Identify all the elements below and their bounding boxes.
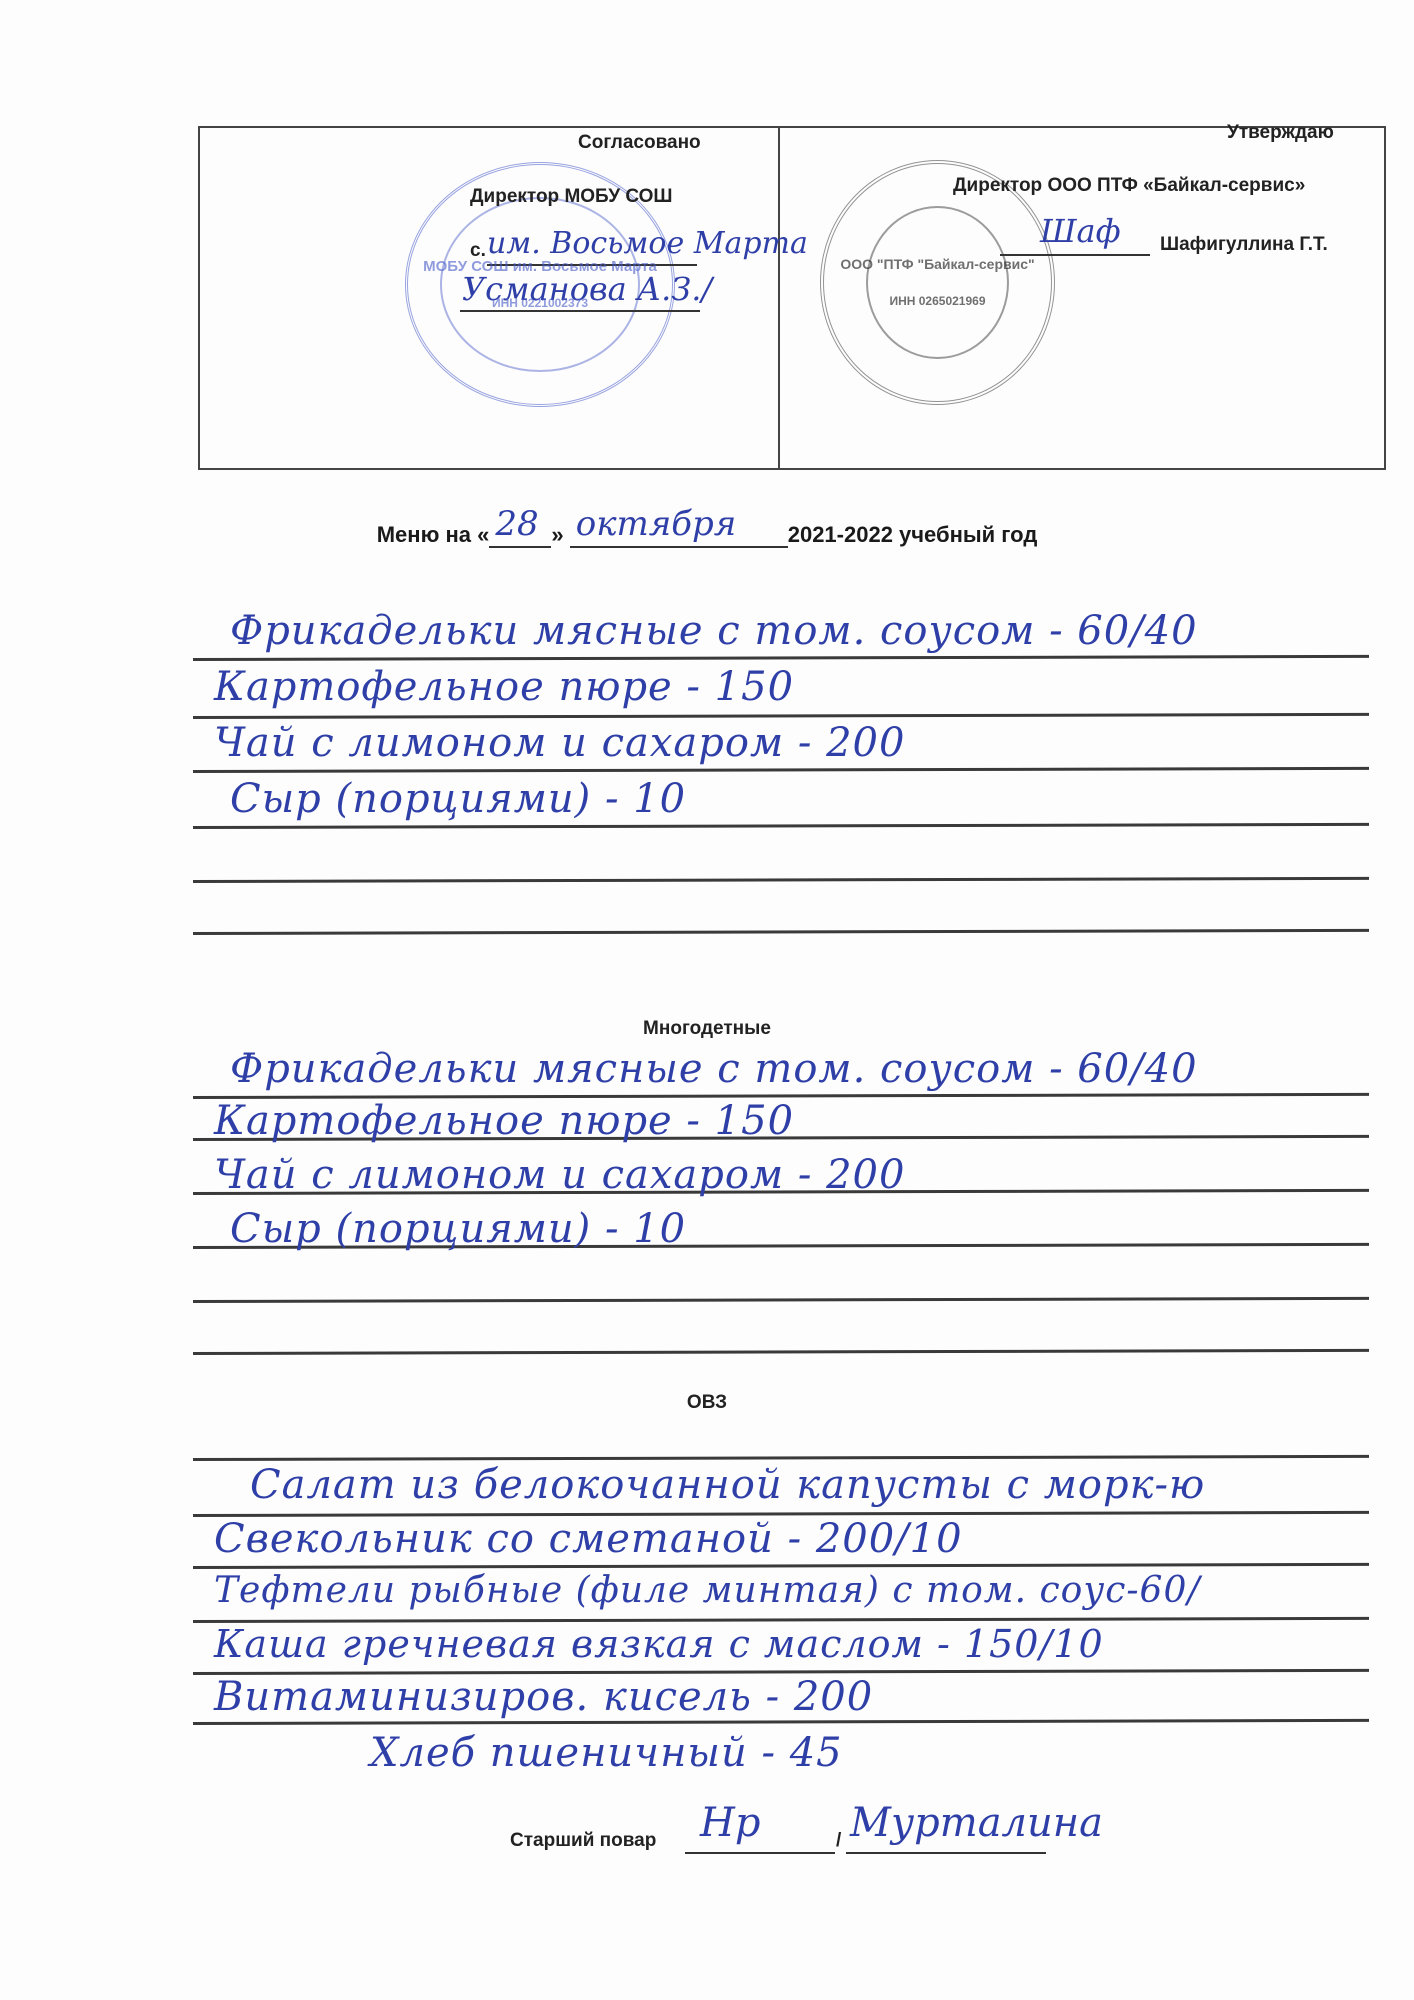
chef-label: Старший повар: [510, 1830, 656, 1852]
day-field: 28: [489, 520, 551, 548]
company-stamp-center: ООО "ПТФ "Байкал-сервис": [840, 256, 1034, 272]
rule: [193, 713, 1369, 719]
menu-item: Чай с лимоном и сахаром - 200: [214, 720, 905, 766]
section-heading-disabilities: ОВЗ: [0, 1392, 1414, 1414]
company-stamp-inn: ИНН 0265021969: [840, 294, 1034, 309]
section-heading-large-families: Многодетные: [0, 1018, 1414, 1040]
rule: [193, 767, 1369, 773]
month-field: октября: [570, 520, 788, 548]
school-stamp-inn: ИНН 0221002373: [423, 296, 657, 311]
approve-label: Утверждаю: [1227, 122, 1334, 144]
chef-signature: Нр: [700, 1800, 761, 1846]
company-director-name: Шафигуллина Г.Т.: [1160, 234, 1328, 256]
menu-item: Сыр (порциями) - 10: [230, 776, 686, 822]
menu-item: Сыр (порциями) - 10: [230, 1206, 686, 1252]
menu-item: Салат из белокочанной капусты с морк-ю: [250, 1462, 1205, 1508]
chef-separator: /: [836, 1830, 841, 1852]
menu-item: Фрикадельки мясные с том. соусом - 60/40: [230, 608, 1198, 654]
rule: [193, 823, 1369, 829]
title-prefix: Меню на «: [377, 522, 490, 547]
chef-signature-line: [685, 1852, 835, 1854]
day-handwritten: 28: [495, 504, 538, 544]
chef-name: Мурталина: [850, 1800, 1103, 1846]
menu-item: Чай с лимоном и сахаром - 200: [214, 1152, 905, 1198]
menu-title: Меню на «28» октября2021-2022 учебный го…: [0, 520, 1414, 548]
company-signature: Шаф: [1040, 212, 1121, 250]
title-mid: »: [551, 522, 563, 547]
menu-item: Фрикадельки мясные с том. соусом - 60/40: [230, 1046, 1198, 1092]
company-director-position: Директор ООО ПТФ «Байкал-сервис»: [953, 175, 1305, 197]
menu-item: Каша гречневая вязкая с маслом - 150/10: [214, 1622, 1104, 1666]
chef-name-line: [846, 1852, 1046, 1854]
month-handwritten: октября: [576, 504, 737, 544]
rule: [193, 1297, 1369, 1303]
rule: [193, 929, 1369, 935]
approval-divider: [778, 126, 780, 470]
menu-item: Свекольник со сметаной - 200/10: [214, 1516, 963, 1562]
rule: [193, 1349, 1369, 1355]
agreed-label: Согласовано: [578, 132, 701, 154]
menu-item: Картофельное пюре - 150: [214, 1098, 794, 1144]
rule: [193, 877, 1369, 883]
school-stamp-center: МОБУ СОШ им. Восьмое Марта: [423, 258, 657, 275]
menu-item: Тефтели рыбные (филе минтая) с том. соус…: [214, 1570, 1201, 1611]
title-suffix: 2021-2022 учебный год: [788, 522, 1038, 547]
school-director-position: Директор МОБУ СОШ: [470, 186, 672, 208]
menu-item: Витаминизиров. кисель - 200: [214, 1674, 873, 1720]
menu-item: Картофельное пюре - 150: [214, 664, 794, 710]
rule: [193, 1455, 1369, 1461]
rule: [193, 1563, 1369, 1569]
menu-item: Хлеб пшеничный - 45: [370, 1730, 843, 1776]
rule: [193, 655, 1369, 661]
village-handwritten: им. Восьмое Марта: [487, 226, 808, 261]
